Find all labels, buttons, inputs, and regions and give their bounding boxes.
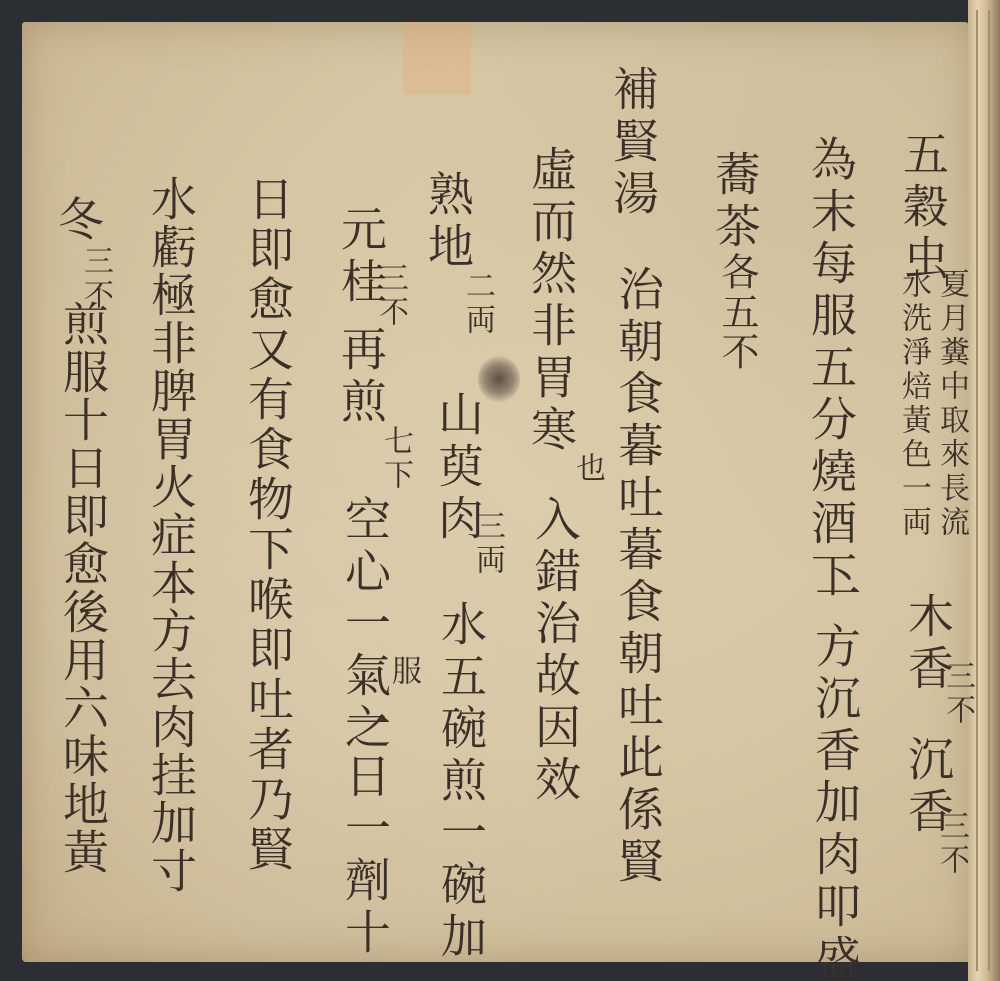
column-6-text-1: 熟地 xyxy=(425,170,471,274)
column-10-text-2: 煎服十日即愈後用六味地黃 xyxy=(60,300,106,876)
column-2-text-2: 一方沉香加肉叩盛 xyxy=(812,570,858,981)
column-1-main-top: 五穀虫 xyxy=(900,130,946,286)
column-10-text-1: 冬 xyxy=(55,195,101,247)
column-5-text-2: 入錯治故因效 xyxy=(532,495,578,807)
book-binding-edge xyxy=(968,0,1000,981)
column-1-annotation-right: 夏月糞中取來長流 xyxy=(936,268,966,540)
column-1-dose-2: 三不 xyxy=(936,810,966,878)
column-1-dose-1: 三不 xyxy=(942,660,972,728)
binding-line xyxy=(988,10,990,971)
binding-line xyxy=(976,10,978,971)
column-7-note-1: 三不 xyxy=(375,262,405,330)
column-4-title: 補賢湯 xyxy=(610,65,656,221)
column-6-note-2: 三両 xyxy=(472,510,502,578)
column-7-text-2: 再煎 xyxy=(338,325,384,429)
column-3-note: 各五不 xyxy=(718,252,756,372)
column-2-text-1: 為末每服五分燒酒下 xyxy=(808,135,854,603)
column-5-note: 也 xyxy=(572,452,602,486)
column-1-annotation-left: 水洗淨焙黃色一両 xyxy=(898,268,928,540)
column-7-note-2: 七下 xyxy=(380,425,410,493)
seal-stamp xyxy=(403,22,471,94)
column-5-text-1: 虛而然非胃寒 xyxy=(528,145,574,457)
column-7-note-3: 服 xyxy=(388,655,418,689)
column-3-text: 蕎茶 xyxy=(712,150,758,254)
column-7-text-4: 一日一劑十 xyxy=(342,700,388,960)
column-4-text: 治朝食暮吐暮食朝吐此係賢 xyxy=(615,265,661,889)
column-9-text: 水虧極非脾胃火症本方去肉挂加寸 xyxy=(148,175,194,895)
column-6-note-1: 二両 xyxy=(462,270,492,338)
column-8-text: 日即愈又有食物下喉即吐者乃賢 xyxy=(245,175,291,875)
column-6-text-3: 水五碗煎一碗加 xyxy=(438,600,484,964)
